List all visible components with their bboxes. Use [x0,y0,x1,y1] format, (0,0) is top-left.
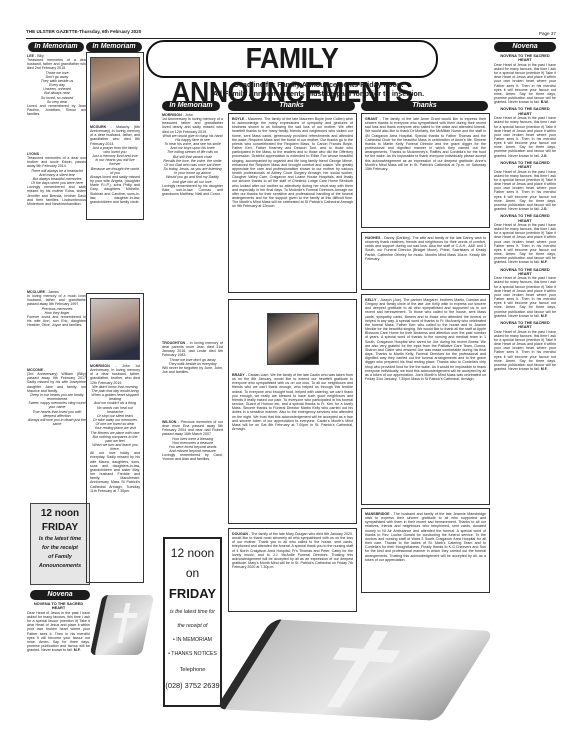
novena-notice: NOVENA TO THE SACRED HEART Dear Heart of… [494,54,556,104]
notice-morrison-daughter: MORRISON - John 1st Anniversary In lovin… [162,113,223,196]
notice-mcclure: MCCLURE - James In loving memory of a mu… [27,290,87,327]
portrait-photo-brady [267,313,319,365]
section-header-in-memoriam-2: In Memoriam [86,42,142,52]
section-header-novena: Novena [30,590,90,600]
page-title: FAMILY ANNOUNCEMENTS [160,42,425,110]
notice-hughes: HUGHES - Danny (Darkley). The wife and f… [361,232,490,290]
notice-lee: LEE - Billy Treasured memories of a dear… [27,54,87,116]
novena-notice: NOVENA TO THE SACRED HEART Dear Heart of… [494,321,556,371]
deadline-box-family-announcements: 12 noon FRIDAY Is the latest time for th… [30,503,90,585]
section-header-in-memoriam: In Memoriam [28,42,84,52]
section-header-novena-2: Novena [494,42,556,52]
bible-illustration-large [215,619,494,721]
novena-notice: NOVENA TO THE SACRED HEART Dear Heart of… [494,161,556,211]
publication-line: THE ULSTER GAZETTE-Thursday, 6th Februar… [26,29,141,34]
notice-grant: GRANT - The family of the late Anne Gran… [361,113,490,228]
deadline-banner: Deadline for Family Announcements Friday… [146,80,491,98]
notice-boyle: BOYLE - Maureen. The family of the late … [228,113,357,293]
section-header-in-memoriam-3: In Memoriam [162,101,220,111]
page-title-box: FAMILY ANNOUNCEMENTS [146,40,438,78]
novena-notice: NOVENA TO THE SACRED HEART Dear Heart of… [494,268,556,318]
novena-notice: NOVENA TO THE SACRED HEART Dear Heart of… [494,214,556,264]
novena-list: NOVENA TO THE SACRED HEART Dear Heart of… [494,54,556,374]
portrait-photo-morrison [90,298,140,360]
notice-brady: BRADY - Caolan-Liam. We the family of th… [228,299,357,524]
bible-illustration [90,595,155,655]
section-header-thanks-2: Thanks [361,101,488,111]
notice-morrison-wife: MORRISON - John 1st Anniversary. In lovi… [86,293,144,583]
deadline-box-thanks-notices: 12 noon on FRIDAY is the latest time for… [163,537,222,707]
novena-notice-col1: NOVENA TO THE SACRED HEART Dear Heart of… [27,602,90,652]
portrait-photo-mcgurk [90,57,140,121]
notice-lyons: LYONS - Treasured memories of a dear son… [27,152,87,206]
page-header: THE ULSTER GAZETTE-Thursday, 6th Februar… [26,27,556,39]
cross-icon-large [327,631,388,708]
notice-troughton: TROUGHTON - In loving memory of dear par… [162,341,223,374]
notice-mcgurk: MCGURK - Malachy (6th Anniversary) In lo… [86,52,144,220]
notice-mansbridge: MANSBRIDGE - The husband and family of t… [361,508,490,593]
deadline-line-2: All Family Announcements must be paid fo… [146,89,491,98]
notice-dougan: DOUGAN - The family of the late Mary Dou… [228,528,357,612]
novena-notice: NOVENA TO THE SACRED HEART Dear Heart of… [494,107,556,157]
notice-kelly: KELLY - Joseph (Joe). The partner Margar… [361,294,490,505]
page-number: Page 37 [539,31,556,36]
cross-icon [117,603,131,643]
deadline-line-1: Deadline for Family Announcements Friday… [146,80,491,89]
section-header-thanks: Thanks [228,101,355,111]
notice-wilson: WILSON - Precious memories of our dear m… [162,420,223,462]
notice-mccone: MCCONE - (3rd Anniversary) William (Bill… [27,368,87,426]
